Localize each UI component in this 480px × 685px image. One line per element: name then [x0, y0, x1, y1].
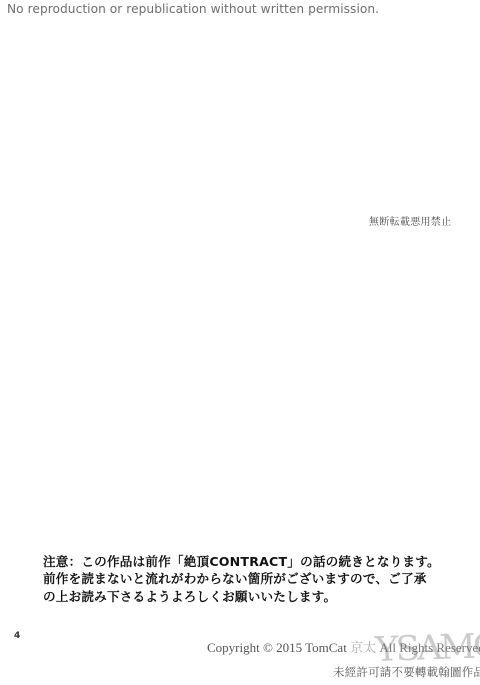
reproduction-notice: No reproduction or republication without… [7, 2, 379, 16]
copyright-rights: All Rights Reserved. [379, 640, 480, 655]
reader-notice-line: の上お読み下さるようよろしくお願いいたします。 [43, 588, 440, 605]
chinese-repost-notice: 未經許可請不要轉載翰圖作品。 [333, 664, 480, 680]
reader-notice-line: 前作を読まないと流れがわからない箇所がございますので、ご了承 [43, 570, 440, 587]
reader-notice: 注意：この作品は前作「絶頂CONTRACT」の話の続きとなります。 前作を読まな… [43, 553, 440, 605]
author-name: 京太 [350, 640, 376, 655]
reader-notice-line: 注意：この作品は前作「絶頂CONTRACT」の話の続きとなります。 [43, 553, 440, 570]
manga-page: No reproduction or republication without… [0, 0, 480, 685]
copyright-line: Copyright © 2015 TomCat 京太 All Rights Re… [207, 637, 480, 656]
page-number: 4 [14, 631, 20, 641]
unauthorized-use-ban-notice: 無断転載悪用禁止 [369, 213, 451, 228]
copyright-prefix: Copyright © 2015 TomCat [207, 640, 347, 655]
